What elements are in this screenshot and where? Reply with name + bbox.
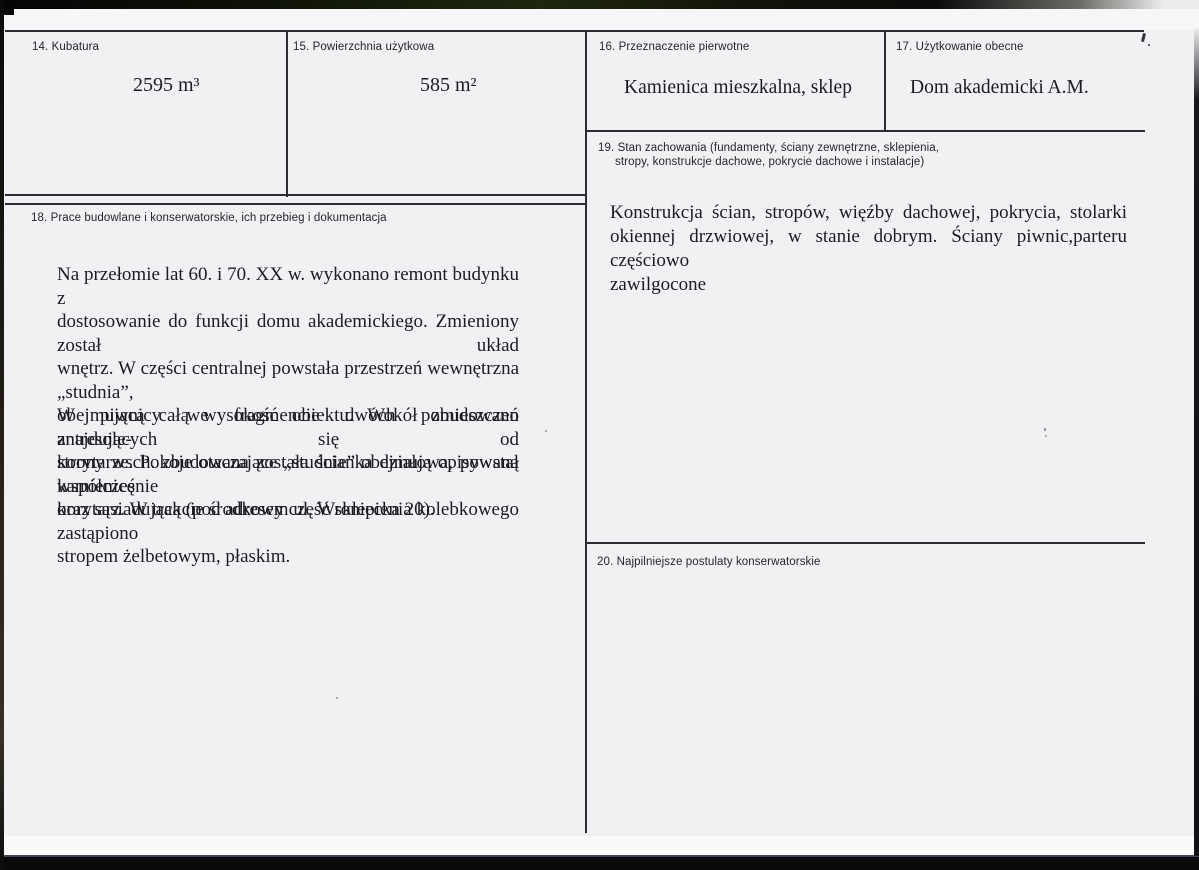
rule-top-of-20: [585, 542, 1145, 544]
rule-bottom-of-14-15: [5, 194, 586, 196]
field-19-label: 19. Stan zachowania (fundamenty, ściany …: [598, 142, 939, 169]
scan-edge-right: [1194, 26, 1199, 856]
scanned-form-page: 14. Kubatura 2595 m³ 15. Powierzchnia uż…: [0, 0, 1199, 870]
field-18-label: 18. Prace budowlane i konserwatorskie, i…: [31, 212, 387, 226]
field-20-label: 20. Najpilniejsze postulaty konserwators…: [597, 556, 821, 570]
field-14-label: 14. Kubatura: [32, 41, 99, 55]
text-line: korytarz. W trakcie środkowy część sklep…: [57, 498, 519, 545]
field-17-value: Dom akademicki A.M.: [910, 77, 1089, 99]
text-line: dostosowanie do funkcji domu akademickie…: [57, 310, 519, 357]
field-17-label: 17. Użytkowanie obecne: [896, 41, 1024, 55]
text-line: strony wsch. zbudowana została ścianka d…: [57, 451, 519, 498]
field-16-value: Kamienica mieszkalna, sklep: [624, 77, 852, 99]
field-14-value: 2595 m³: [133, 74, 200, 97]
scan-edge-top: [0, 0, 1199, 9]
field-19-text: Konstrukcja ścian, stropów, więźby dacho…: [610, 201, 1127, 297]
text-line: okiennej drzwiowej, w stanie dobrym. Ści…: [610, 225, 1127, 273]
scan-edge-bottom: [0, 855, 1199, 870]
rule-center-divider: [585, 30, 587, 833]
field-15-label: 15. Powierzchnia użytkowa: [293, 41, 434, 55]
paper-bottom-strip: [4, 836, 1199, 855]
text-line: W piwnicy we fragmencie dwóch pomieszcze…: [57, 404, 519, 451]
scan-tick-mark: [1141, 33, 1146, 42]
paper-top-strip: [4, 9, 1199, 30]
rule-divider-16-17: [884, 30, 886, 131]
rule-top-of-18: [5, 203, 586, 205]
rule-top: [5, 30, 1144, 32]
scan-speck: [1148, 44, 1150, 46]
text-line: zawilgocone: [610, 273, 1127, 297]
field-19-label-line2: stropy, konstrukcje dachowe, pokrycie da…: [598, 156, 939, 170]
text-line: Na przełomie lat 60. i 70. XX w. wykonan…: [57, 263, 519, 310]
rule-divider-14-15: [286, 30, 288, 197]
text-line: stropem żelbetowym, płaskim.: [57, 545, 519, 569]
field-18-paragraph-2: W piwnicy we fragmencie dwóch pomieszcze…: [57, 404, 519, 569]
field-19-label-line1: 19. Stan zachowania (fundamenty, ściany …: [598, 142, 939, 156]
text-line: Konstrukcja ścian, stropów, więźby dacho…: [610, 201, 1127, 225]
field-15-value: 585 m²: [420, 74, 477, 97]
rule-bottom-of-16-17: [585, 130, 1145, 132]
scan-speck: [1045, 435, 1047, 437]
scan-edge-left: [0, 0, 4, 870]
scan-speck: [336, 697, 338, 699]
text-line: wnętrz. W części centralnej powstała prz…: [57, 357, 519, 404]
field-16-label: 16. Przeznaczenie pierwotne: [599, 41, 749, 55]
scan-speck: [1044, 428, 1046, 431]
scan-speck: [545, 430, 547, 432]
